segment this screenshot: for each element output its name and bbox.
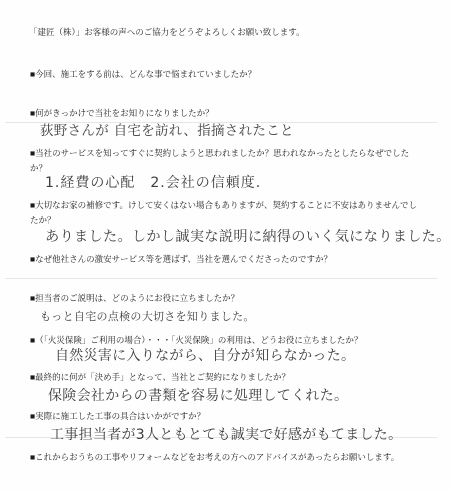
question-4-line-1: ■大切なお家の補修です。けして安くはない場合もありますが、契約することに不安はあ… <box>30 200 417 210</box>
answer-3-handwritten: 1.経費の心配 2.会社の信頼度. <box>45 175 261 191</box>
answer-4-handwritten: ありました。しかし誠実な説明に納得のいく気になりました。 <box>45 229 450 245</box>
question-6: ■担当者のご説明は、どのようにお役に立ちましたか？ <box>30 293 239 303</box>
answer-8-handwritten: 保険会社からの書類を容易に処理してくれた。 <box>48 388 348 404</box>
question-1: ■今回、施工をする前は、どんな事で悩まれていましたか？ <box>30 69 256 79</box>
question-8: ■最終的に何が「決め手」となって、当社とご契約になりましたか？ <box>30 372 290 382</box>
questionnaire-page: 「建匠（株）」お客様の声へのご協力をどうぞよろしくお願い致します。 ■今回、施工… <box>0 0 450 490</box>
answer-9-handwritten: 工事担当者が3人ともとても誠実で好感がもてました。 <box>50 427 402 443</box>
question-3-line-1: ■当社のサービスを知ってすぐに契約しようと思われましたか？思われなかったとしたら… <box>30 148 409 158</box>
faint-scan-line <box>5 278 437 279</box>
answer-7-handwritten: 自然災害に入りながら、自分が知らなかった。 <box>55 348 355 364</box>
answer-6-handwritten: もっと自宅の点検の大切さを知りました。 <box>40 309 255 325</box>
question-7: ■（「火災保険」ご利用の場合）・・・「火災保険」の利用は、どうお役に立ちましたか… <box>30 335 362 345</box>
question-5: ■なぜ他社さんの激安サービス等を選ばず、当社を選んでくださったのですか？ <box>30 254 332 264</box>
question-9: ■実際に施工した工事の具合はいかがですか？ <box>30 411 205 421</box>
question-3-line-2: か？ <box>30 163 47 173</box>
answer-2-handwritten: 荻野さんが 自宅を訪れ、指摘されたこと <box>40 123 294 139</box>
question-4-line-2: たか？ <box>30 215 56 225</box>
question-2: ■何がきっかけで当社をお知りになりましたか？ <box>30 108 214 118</box>
document-heading: 「建匠（株）」お客様の声へのご協力をどうぞよろしくお願い致します。 <box>29 27 305 37</box>
question-10: ■これからおうちの工事やリフォームなどをお考えの方へのアドバイスがあったらお願い… <box>30 452 399 462</box>
